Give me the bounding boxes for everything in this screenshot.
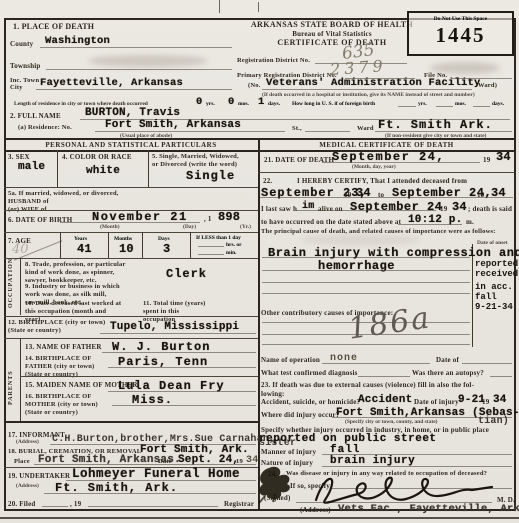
- entry-line: [260, 197, 513, 198]
- trade-value: Clerk: [166, 268, 207, 280]
- entry-line: [358, 376, 410, 377]
- entry-line: [46, 69, 232, 70]
- contributory-scrawl: 186a: [346, 300, 433, 346]
- certificate-number-box: Do Not Use This Space 1445: [407, 11, 514, 56]
- scan-edge-line: [0, 517, 519, 519]
- row-divider: [4, 421, 258, 423]
- form-border-left: [4, 18, 6, 510]
- row-divider: [4, 338, 258, 339]
- entry-line: [95, 131, 285, 132]
- yrs-label: yrs.: [206, 101, 215, 107]
- city-value: Fayetteville, Arkansas: [40, 78, 183, 89]
- onset-note-3: in acc.: [475, 282, 513, 292]
- parents-side-label: PARENTS: [8, 345, 16, 405]
- days-value: 3: [163, 243, 170, 255]
- cell-divider: [60, 232, 61, 258]
- cell-divider: [108, 232, 109, 258]
- certificate-title: CERTIFICATE OF DEATH: [232, 38, 432, 48]
- entry-line: [198, 254, 224, 255]
- lastsaw-post: ; death is said: [468, 205, 512, 214]
- registrar-label: Registrar: [224, 500, 254, 509]
- entry-line: [296, 210, 436, 211]
- side-strip-divider: [20, 338, 21, 421]
- entry-line: [305, 131, 350, 132]
- row-divider: [258, 172, 515, 173]
- no-label: (No.: [248, 82, 261, 90]
- board-title: ARKANSAS STATE BOARD OF HEALTH: [232, 20, 432, 30]
- hospital-note: (If death occurred in a hospital or inst…: [262, 92, 512, 98]
- years-value: 41: [77, 243, 92, 255]
- entry-line: [44, 493, 256, 494]
- scan-smudge: [300, 235, 420, 245]
- onset-note-4: fall: [475, 292, 497, 302]
- year-note: (Yr.): [240, 224, 251, 230]
- primary-reg-value: 2379: [329, 56, 387, 79]
- entry-line: [262, 282, 470, 283]
- father-label: 13. NAME OF FATHER: [25, 343, 102, 352]
- residence-label: (a) Residence: No.: [18, 124, 72, 132]
- address-label: (Address): [300, 506, 331, 515]
- row-divider: [4, 316, 258, 317]
- if-less-label: If LESS than 1 day: [196, 235, 241, 241]
- accident-value: Accident: [358, 395, 412, 406]
- where-label: Where did injury occur?: [261, 411, 340, 420]
- race-value: white: [86, 166, 120, 177]
- physician-signature: [308, 468, 498, 508]
- scan-mark: [258, 2, 259, 12]
- f-mos-label: mos.: [455, 101, 466, 107]
- res-years: 0: [196, 97, 203, 108]
- min-label: min.: [226, 250, 237, 256]
- st-ward-label: Ward): [478, 82, 497, 90]
- county-label: County: [10, 40, 33, 49]
- ward-value: Ft. Smith Ark.: [378, 119, 493, 131]
- township-label: Township: [10, 62, 41, 71]
- test-label: What test confirmed diagnosis: [261, 369, 358, 378]
- marital-label: 5. Single, Married, Widowed, or Divorced…: [152, 153, 256, 169]
- cell-divider: [190, 232, 191, 258]
- file-no-label: File No.: [424, 72, 447, 80]
- trade-label: 8. Trade, profession, or particular kind…: [25, 261, 150, 285]
- day-note: (Day): [183, 224, 196, 230]
- occurred-label: to have occurred on the date stated abov…: [261, 218, 401, 227]
- entry-line: [398, 224, 462, 225]
- city-label: City: [10, 84, 23, 92]
- death-certificate: 1. PLACE OF DEATH County Washington Town…: [0, 0, 519, 523]
- entry-line: [108, 367, 256, 368]
- cell-divider: [57, 150, 58, 187]
- m-label: m.: [466, 218, 474, 227]
- side-strip-divider: [20, 258, 21, 315]
- entry-line: [42, 506, 68, 507]
- ward-field-label: Ward: [357, 125, 374, 133]
- onset-note-1: reported: [475, 259, 518, 269]
- cell-divider: [142, 232, 143, 258]
- entry-line: [198, 246, 224, 247]
- scan-mark: [219, 0, 220, 13]
- medical-section-title: MEDICAL CERTIFICATE OF DEATH: [258, 141, 515, 150]
- entry-line: [262, 270, 470, 271]
- dod-note: (Month, day, year): [352, 164, 396, 170]
- row-divider: [20, 376, 258, 377]
- birthplace-value: Tupelo, Mississippi: [110, 322, 239, 333]
- signed-label: (Signed): [264, 494, 291, 503]
- entry-line: [473, 106, 490, 107]
- divider: [4, 138, 516, 140]
- operation-label: Name of operation: [261, 356, 320, 365]
- entry-line: [375, 131, 512, 132]
- burial-place-label: Place: [14, 458, 30, 466]
- informant-address-note: (Address): [16, 439, 39, 445]
- entry-line: [112, 405, 256, 406]
- dob-year: 898: [218, 211, 240, 223]
- entry-line: [102, 352, 256, 353]
- race-label: 4. COLOR OR RACE: [62, 153, 132, 162]
- occupation-side-label: OCCUPATION: [8, 258, 16, 308]
- entry-line: [108, 391, 256, 392]
- f-days-label: days.: [492, 101, 504, 107]
- row-divider: [4, 258, 258, 259]
- injury-19: 19: [482, 398, 489, 407]
- county-value: Washington: [45, 36, 110, 47]
- certify-no: 22.: [263, 177, 272, 186]
- f-yrs-label: yrs.: [418, 101, 427, 107]
- entry-line: [322, 466, 512, 467]
- row-divider: [4, 187, 258, 188]
- dob-label: 6. DATE OF BIRTH: [8, 216, 72, 225]
- entry-line: [490, 376, 512, 377]
- lastsaw-date: September 24: [350, 201, 442, 213]
- ward-label: Ward): [478, 82, 497, 89]
- reg-district-label: Registration District No.: [237, 57, 310, 65]
- hrs-label: hrs. or: [226, 242, 242, 248]
- entry-line: [262, 257, 470, 258]
- manner-label: Manner of injury: [261, 448, 316, 457]
- res-days: 1: [258, 97, 265, 108]
- column-divider: [258, 138, 260, 509]
- undertaker-label: 19. UNDERTAKER: [8, 472, 70, 481]
- mos-label: mos.: [238, 101, 249, 107]
- entry-line: [345, 78, 415, 79]
- dob-comma: , 1: [204, 215, 212, 224]
- do-not-use-label: Do Not Use This Space: [409, 16, 512, 22]
- month-note: (Month): [100, 224, 120, 230]
- certificate-number: 1445: [409, 23, 512, 48]
- certify-label: I HEREBY CERTIFY, That I attended deceas…: [297, 177, 467, 186]
- scan-smudge: [88, 55, 208, 67]
- res-months: 0: [228, 97, 235, 108]
- undertaker-name: Lohmeyer Funeral Home: [72, 468, 240, 481]
- cell-divider: [148, 150, 149, 187]
- injury-year: 34: [493, 395, 507, 406]
- entry-line: [40, 47, 232, 48]
- months-value: 10: [119, 243, 134, 255]
- entry-line: [36, 89, 232, 90]
- entry-line: [100, 333, 256, 334]
- physician-address-value: Vets.Fac., Fayetteville, Arkansas: [338, 504, 519, 515]
- entry-line: [262, 293, 470, 294]
- onset-note-2: received: [475, 269, 518, 279]
- where-note: (Specify city or town, county, and state…: [345, 419, 437, 425]
- entry-line: [88, 506, 218, 507]
- autopsy-label: Was there an autopsy?: [412, 369, 484, 378]
- entry-line: [322, 162, 480, 163]
- entry-line: [462, 363, 512, 364]
- from-19: 19: [344, 191, 351, 200]
- entry-line: [398, 106, 416, 107]
- entry-line: [262, 89, 472, 90]
- row-divider: [4, 232, 258, 233]
- entry-line: [452, 78, 512, 79]
- accident-label: Accident, suicide, or homicide?: [261, 398, 360, 407]
- entry-line: [436, 106, 453, 107]
- mother-birthplace-label: 16. BIRTHPLACE OF MOTHER (city or town) …: [25, 393, 125, 417]
- st-label: St.,: [292, 125, 302, 133]
- marital-value: Single: [186, 170, 235, 182]
- injury-date-label: Date of injury: [414, 398, 459, 407]
- entry-line: [60, 222, 200, 223]
- full-name-value: BURTON, Travis: [85, 108, 180, 119]
- days-label: days.: [268, 101, 280, 107]
- onset-note-5: 9-21-34: [475, 302, 513, 312]
- entry-line: [34, 464, 256, 465]
- foreign-label: How long in U. S. if of foreign birth: [292, 101, 375, 107]
- date-of-label: Date of: [436, 356, 459, 365]
- lastsaw-pre: I last saw h: [261, 205, 297, 214]
- primary-reg-label: Primary Registration District No.: [237, 72, 337, 80]
- entry-line: [322, 363, 430, 364]
- filed-label: 20. Filed: [8, 500, 35, 509]
- to-label: to: [378, 191, 384, 200]
- sex-value: male: [18, 162, 45, 173]
- principal-cause-label: The principal cause of death, and relate…: [261, 228, 496, 236]
- undertaker-address-note: (Address): [16, 483, 39, 489]
- dod-year-value: 34: [496, 151, 511, 163]
- lastsaw-19: 19: [440, 205, 447, 214]
- full-name-label: 2. FULL NAME: [10, 112, 61, 121]
- place-of-death-title: 1. PLACE OF DEATH: [13, 22, 94, 32]
- filed-19: , 19: [70, 500, 81, 509]
- date-of-death-label: 21. DATE OF DEATH: [264, 156, 334, 165]
- lastsaw-year: 34: [452, 201, 467, 213]
- residence-value: Fort Smith, Arkansas: [105, 120, 241, 131]
- personal-section-title: PERSONAL AND STATISTICAL PARTICULARS: [4, 141, 258, 150]
- to-19: 19: [477, 191, 484, 200]
- dod-19: 19: [483, 156, 490, 165]
